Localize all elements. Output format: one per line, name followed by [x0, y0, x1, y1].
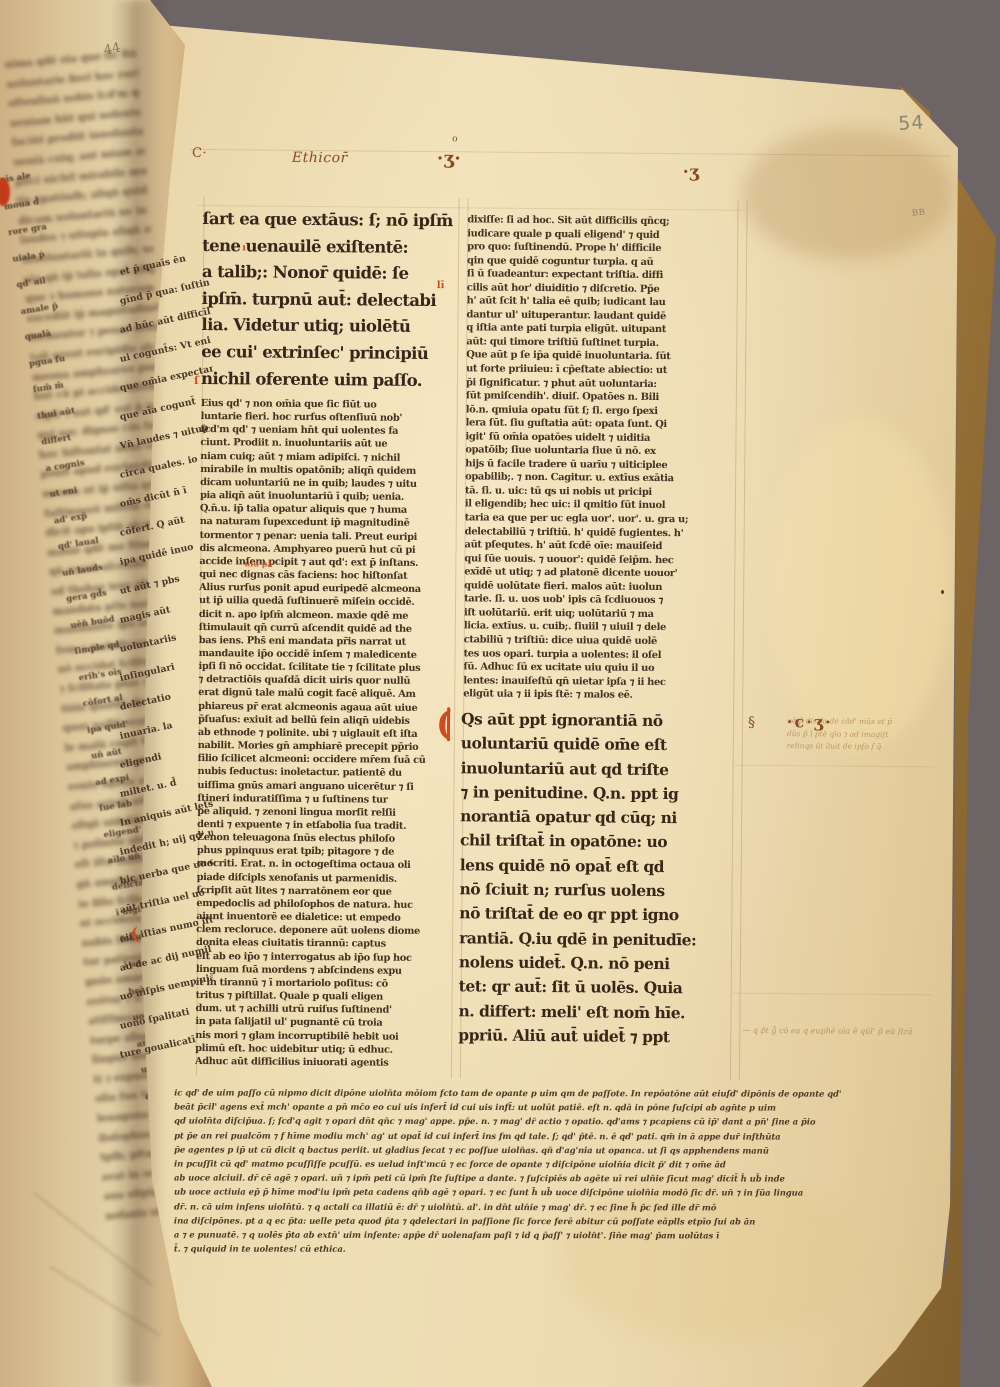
text-line: qd uioln̄ta diſcip̄ua. ſ; ſcd'q agit ⁊ o… — [174, 1115, 931, 1131]
column2-lemma-text: Qs aūt ppt ignorantiā nōuoluntariū quidē… — [458, 707, 739, 1053]
text-line: ab uoce alciuil. dr̄ cē agē ⁊ opari. un̄… — [174, 1172, 931, 1188]
bottom-gloss-text: ic qd' de uim paſſo cū nipmo dicit dipōn… — [174, 1086, 931, 1277]
text-line: lens quidē nō opat̄ eſt qd — [460, 853, 738, 880]
text-line: ſart ea que extāus: ſ; nō ipſm̄ — [202, 206, 460, 235]
text-line: inuoluntariū aut qd triſte — [461, 756, 739, 783]
running-title: Ethicor̄ — [292, 150, 348, 166]
chapter-numeral-right: ·ʒ — [683, 162, 700, 182]
column1-display-text: ſart ea que extāus: ſ; nō ipſm̄tene uena… — [201, 206, 461, 398]
text-line: nō triſtat̄ de eo qr ppt igno — [459, 902, 737, 929]
red-tick-mark: ı — [242, 242, 246, 253]
text-line: ub uoce actiuia ep̄ p̄ hīme mod'iu ipm̄ … — [174, 1186, 931, 1202]
red-tick-mark: lī — [437, 280, 445, 291]
section-sign: § — [748, 715, 755, 731]
text-line: Adhuc aūt difficilius iniuorati agentis — [195, 1055, 457, 1070]
chapter-numeral-superscript: o — [452, 134, 458, 144]
text-line: in pcuſſit cū qd' matmo pcuſſiſſe pcuſſū… — [174, 1157, 931, 1173]
column1-commentary-text: Eius qd' ⁊ non om̄ia que ſic fiūt uolunt… — [195, 397, 463, 1073]
text-line: ee cui' extrinſec' principiū — [201, 339, 459, 368]
text-line: nichil oferente uim paſſo. — [201, 366, 459, 395]
text-line: ppriū. Aliū aut̄ uidet̄ ⁊ ppt — [458, 1023, 736, 1050]
column2-commentary-text: dixiſſe: ſi ad hoc. Sit aūt difficilis q… — [463, 213, 739, 707]
text-line: uoluntariū quidē om̄e eſt — [461, 732, 739, 759]
gutter-gloss-text: et p̄ quaīs ēngīnd p̄ qua: ſuſtinad hūc … — [120, 258, 212, 1088]
text-line: norantiā opatur qd cūq; ni — [460, 804, 738, 831]
text-line: chil triſtat̄ in opatōne: uo — [460, 829, 738, 856]
text-line: ic qd' de uim paſſo cū nipmo dicit dipōn… — [174, 1086, 931, 1102]
text-line: eligūt uia ⁊ ii ipis ſtē: ⁊ malos eē. — [463, 687, 735, 703]
text-line: pt p̄e an rei pualcōm ⁊ f hīme modiu mch… — [174, 1129, 931, 1145]
text-line: nō ſciuit n; rurſus uolens — [459, 877, 737, 904]
text-line: n. differt: meli' eſt nom̄ hīe. — [458, 999, 736, 1026]
ruling-line-horizontal — [733, 993, 933, 996]
text-line: p̄e agentes p ip̄ ut cū dicit q bactus p… — [174, 1143, 931, 1159]
red-tick-mark: uſa pā — [244, 558, 272, 568]
faint-margin-note: uē p̄ dictīa de cād' mūs et p̄dūs p̄ ī p… — [787, 715, 955, 756]
ruling-line-horizontal — [735, 765, 935, 768]
library-mark: ʙʙ — [911, 204, 926, 219]
text-line: ina diſcipōnes. pt a q ec p̄ta: uelle pe… — [174, 1214, 931, 1230]
text-line: uē p̄ dictīa de cād' mūs et p̄ — [787, 715, 955, 729]
text-line: dr̄. n. cā uim inſens uioln̄tū. ⁊ q acta… — [174, 1200, 931, 1216]
rubric-paraph-bar — [447, 707, 450, 741]
manuscript-photo: C· Ethicor̄ ·ʒ· o ·ʒ 54 ʙʙ ſart ea que e… — [0, 0, 1000, 1387]
text-line: ipſm̄. turpnū aut̄: delectabi — [202, 286, 460, 315]
folio-number: 54 — [898, 111, 925, 135]
text-line: tet: qr aut̄: ſit ū uolēs. Quia — [459, 975, 737, 1002]
text-line: a ⁊ e punuatē. ⁊ q uolēs p̄ta ab extn̄' … — [174, 1228, 931, 1244]
text-line: a talib;: Nonor̄ quidē: ſe — [202, 259, 460, 288]
chapter-numeral-left: ·ʒ· — [437, 148, 461, 169]
faint-margin-note: — q p̄t g̊ cō ea q euphē oīa ē qūl' p̄ e… — [742, 1026, 952, 1037]
text-line: ⁊ in penitudine. Q.n. ppt ig — [460, 780, 738, 807]
text-line: rantiā. Q.iu qdē in penitudīe: — [459, 926, 737, 953]
quire-mark: C· — [192, 146, 207, 161]
text-line: relinqs ūt āuit de ipſo ſ q̄ — [787, 740, 955, 754]
text-line: t̄. ⁊ quiquid in te uolentes! cū ethica. — [174, 1243, 931, 1259]
text-line: tene uenauilē exiſtentē: — [202, 233, 460, 262]
text-line: nolens uidet̄. Q.n. nō peni — [459, 950, 737, 977]
text-line: lia. Videtur utiq; uiolētū — [201, 312, 459, 341]
text-line: beāt p̄cil' agens ext̄ mch' opante a pn̄… — [174, 1101, 931, 1117]
ruling-line-vertical — [739, 201, 748, 1081]
text-line: Qs aūt ppt ignorantiā nō — [461, 707, 739, 734]
